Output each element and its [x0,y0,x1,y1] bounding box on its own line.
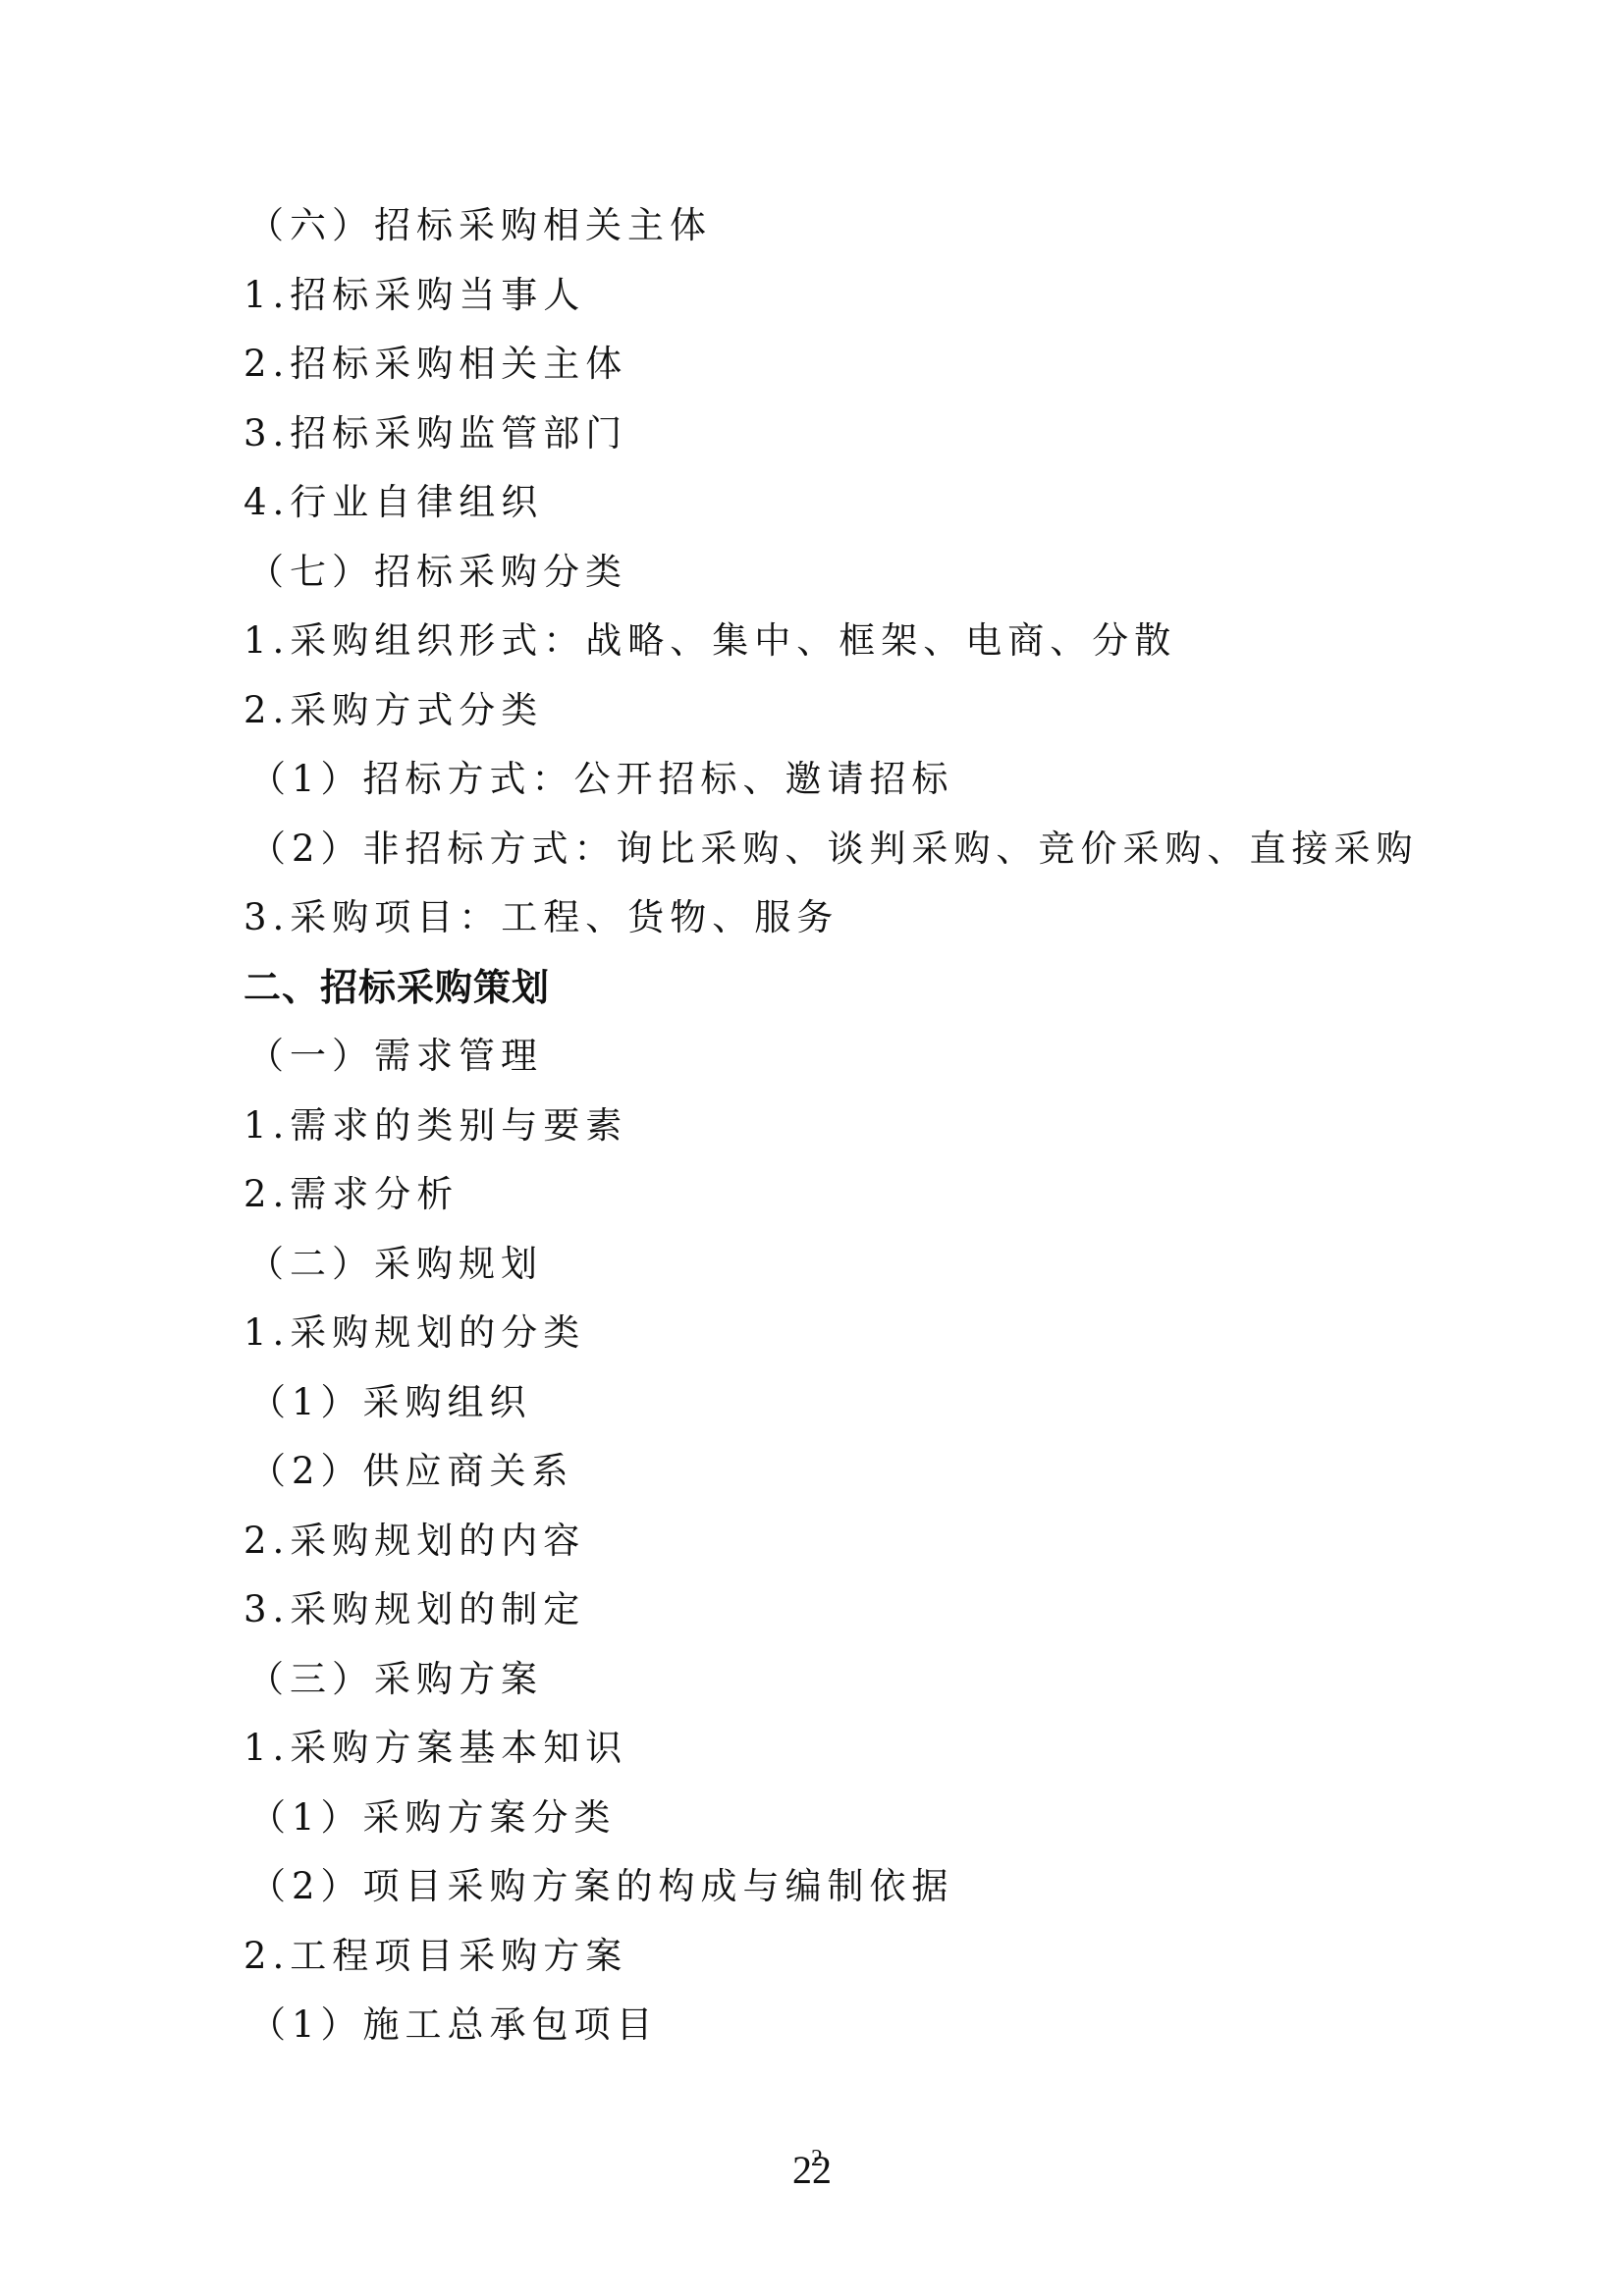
list-item: 1.采购规划的分类 [244,1299,1402,1368]
sub-list-item: （1）采购方案分类 [244,1784,1402,1853]
section-heading: （一）需求管理 [244,1022,1402,1092]
sub-list-item: （1）招标方式：公开招标、邀请招标 [244,745,1402,815]
list-item: 4.行业自律组织 [244,468,1402,538]
section-heading: （三）采购方案 [244,1645,1402,1715]
list-item: 3.采购规划的制定 [244,1575,1402,1645]
sub-list-item: （2）项目采购方案的构成与编制依据 [244,1852,1402,1922]
list-item: 3.采购项目：工程、货物、服务 [244,883,1402,953]
list-item: 1.采购组织形式：战略、集中、框架、电商、分散 [244,607,1402,676]
sub-list-item: （1）采购组织 [244,1368,1402,1438]
section-heading: （七）招标采购分类 [244,538,1402,608]
sub-list-item: （2）非招标方式：询比采购、谈判采购、竞价采购、直接采购 [244,815,1402,884]
chapter-heading: 二、招标采购策划 [244,953,1402,1023]
list-item: 2.采购方式分类 [244,676,1402,746]
list-item: 3.招标采购监管部门 [244,400,1402,469]
page-number: 22 2 [0,2146,1624,2195]
sub-list-item: （1）施工总承包项目 [244,1991,1402,2060]
list-item: 1.招标采购当事人 [244,261,1402,331]
list-item: 2.招标采购相关主体 [244,330,1402,400]
sub-list-item: （2）供应商关系 [244,1437,1402,1507]
list-item: 2.工程项目采购方案 [244,1922,1402,1992]
section-heading: （六）招标采购相关主体 [244,191,1402,261]
document-body: （六）招标采购相关主体 1.招标采购当事人 2.招标采购相关主体 3.招标采购监… [244,191,1402,2060]
list-item: 2.需求分析 [244,1160,1402,1230]
list-item: 2.采购规划的内容 [244,1507,1402,1576]
list-item: 1.需求的类别与要素 [244,1092,1402,1161]
list-item: 1.采购方案基本知识 [244,1714,1402,1784]
document-page: （六）招标采购相关主体 1.招标采购当事人 2.招标采购相关主体 3.招标采购监… [0,0,1624,2296]
page-number-overlap-artifact: 2 [811,2134,823,2183]
section-heading: （二）采购规划 [244,1230,1402,1300]
